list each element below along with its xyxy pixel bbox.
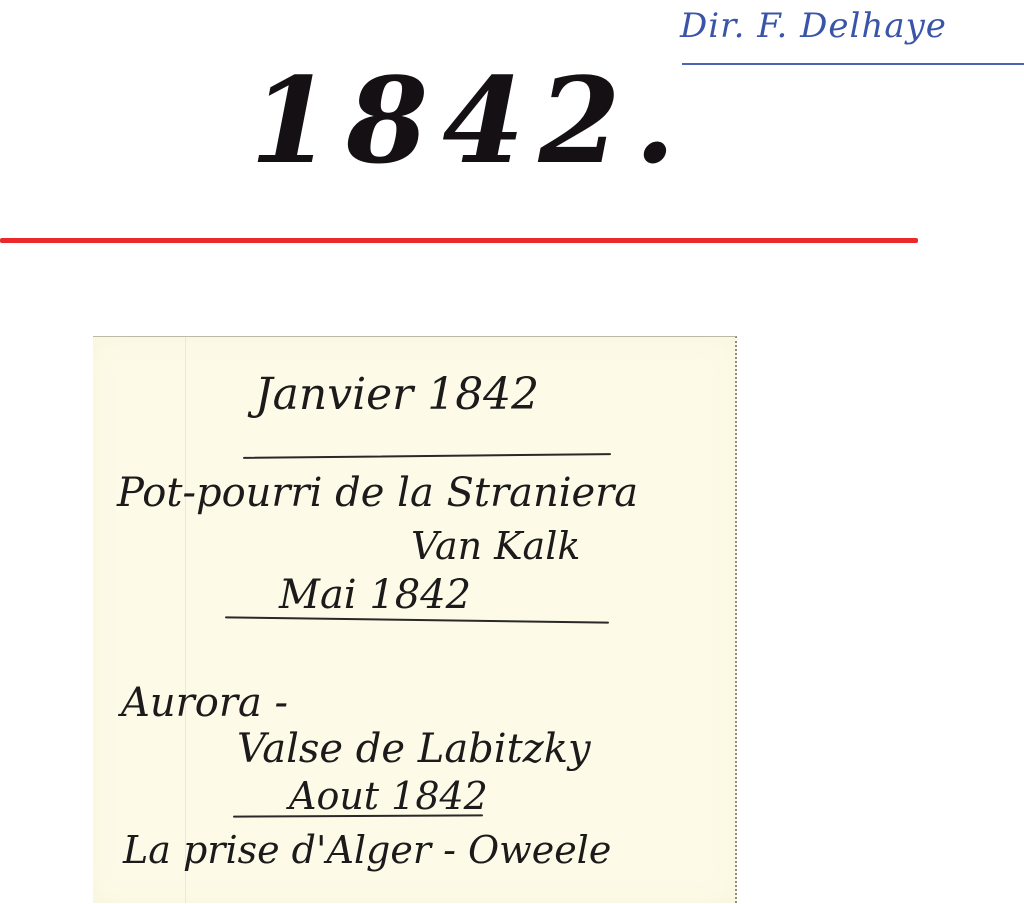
signature-underline xyxy=(682,63,1024,65)
page-title-year: 1842. xyxy=(250,62,690,180)
note-line-august: Aout 1842 xyxy=(289,777,488,815)
note-line-aurora: Aurora - xyxy=(121,683,288,723)
note-divider xyxy=(243,453,611,459)
signature: Dir. F. Delhaye xyxy=(680,6,1024,46)
note-line-potpourri: Pot-pourri de la Straniera xyxy=(117,473,638,513)
note-line-composer: Van Kalk xyxy=(411,527,580,565)
note-line-may: Mai 1842 xyxy=(279,575,471,615)
note-line-january: Janvier 1842 xyxy=(255,373,539,417)
handwritten-note: Janvier 1842 Pot-pourri de la Straniera … xyxy=(93,336,737,903)
paper-fold-line xyxy=(185,337,186,903)
note-line-valse: Valse de Labitzky xyxy=(237,729,591,769)
note-line-prise-alger: La prise d'Alger - Oweele xyxy=(123,831,611,869)
red-divider xyxy=(0,238,918,243)
